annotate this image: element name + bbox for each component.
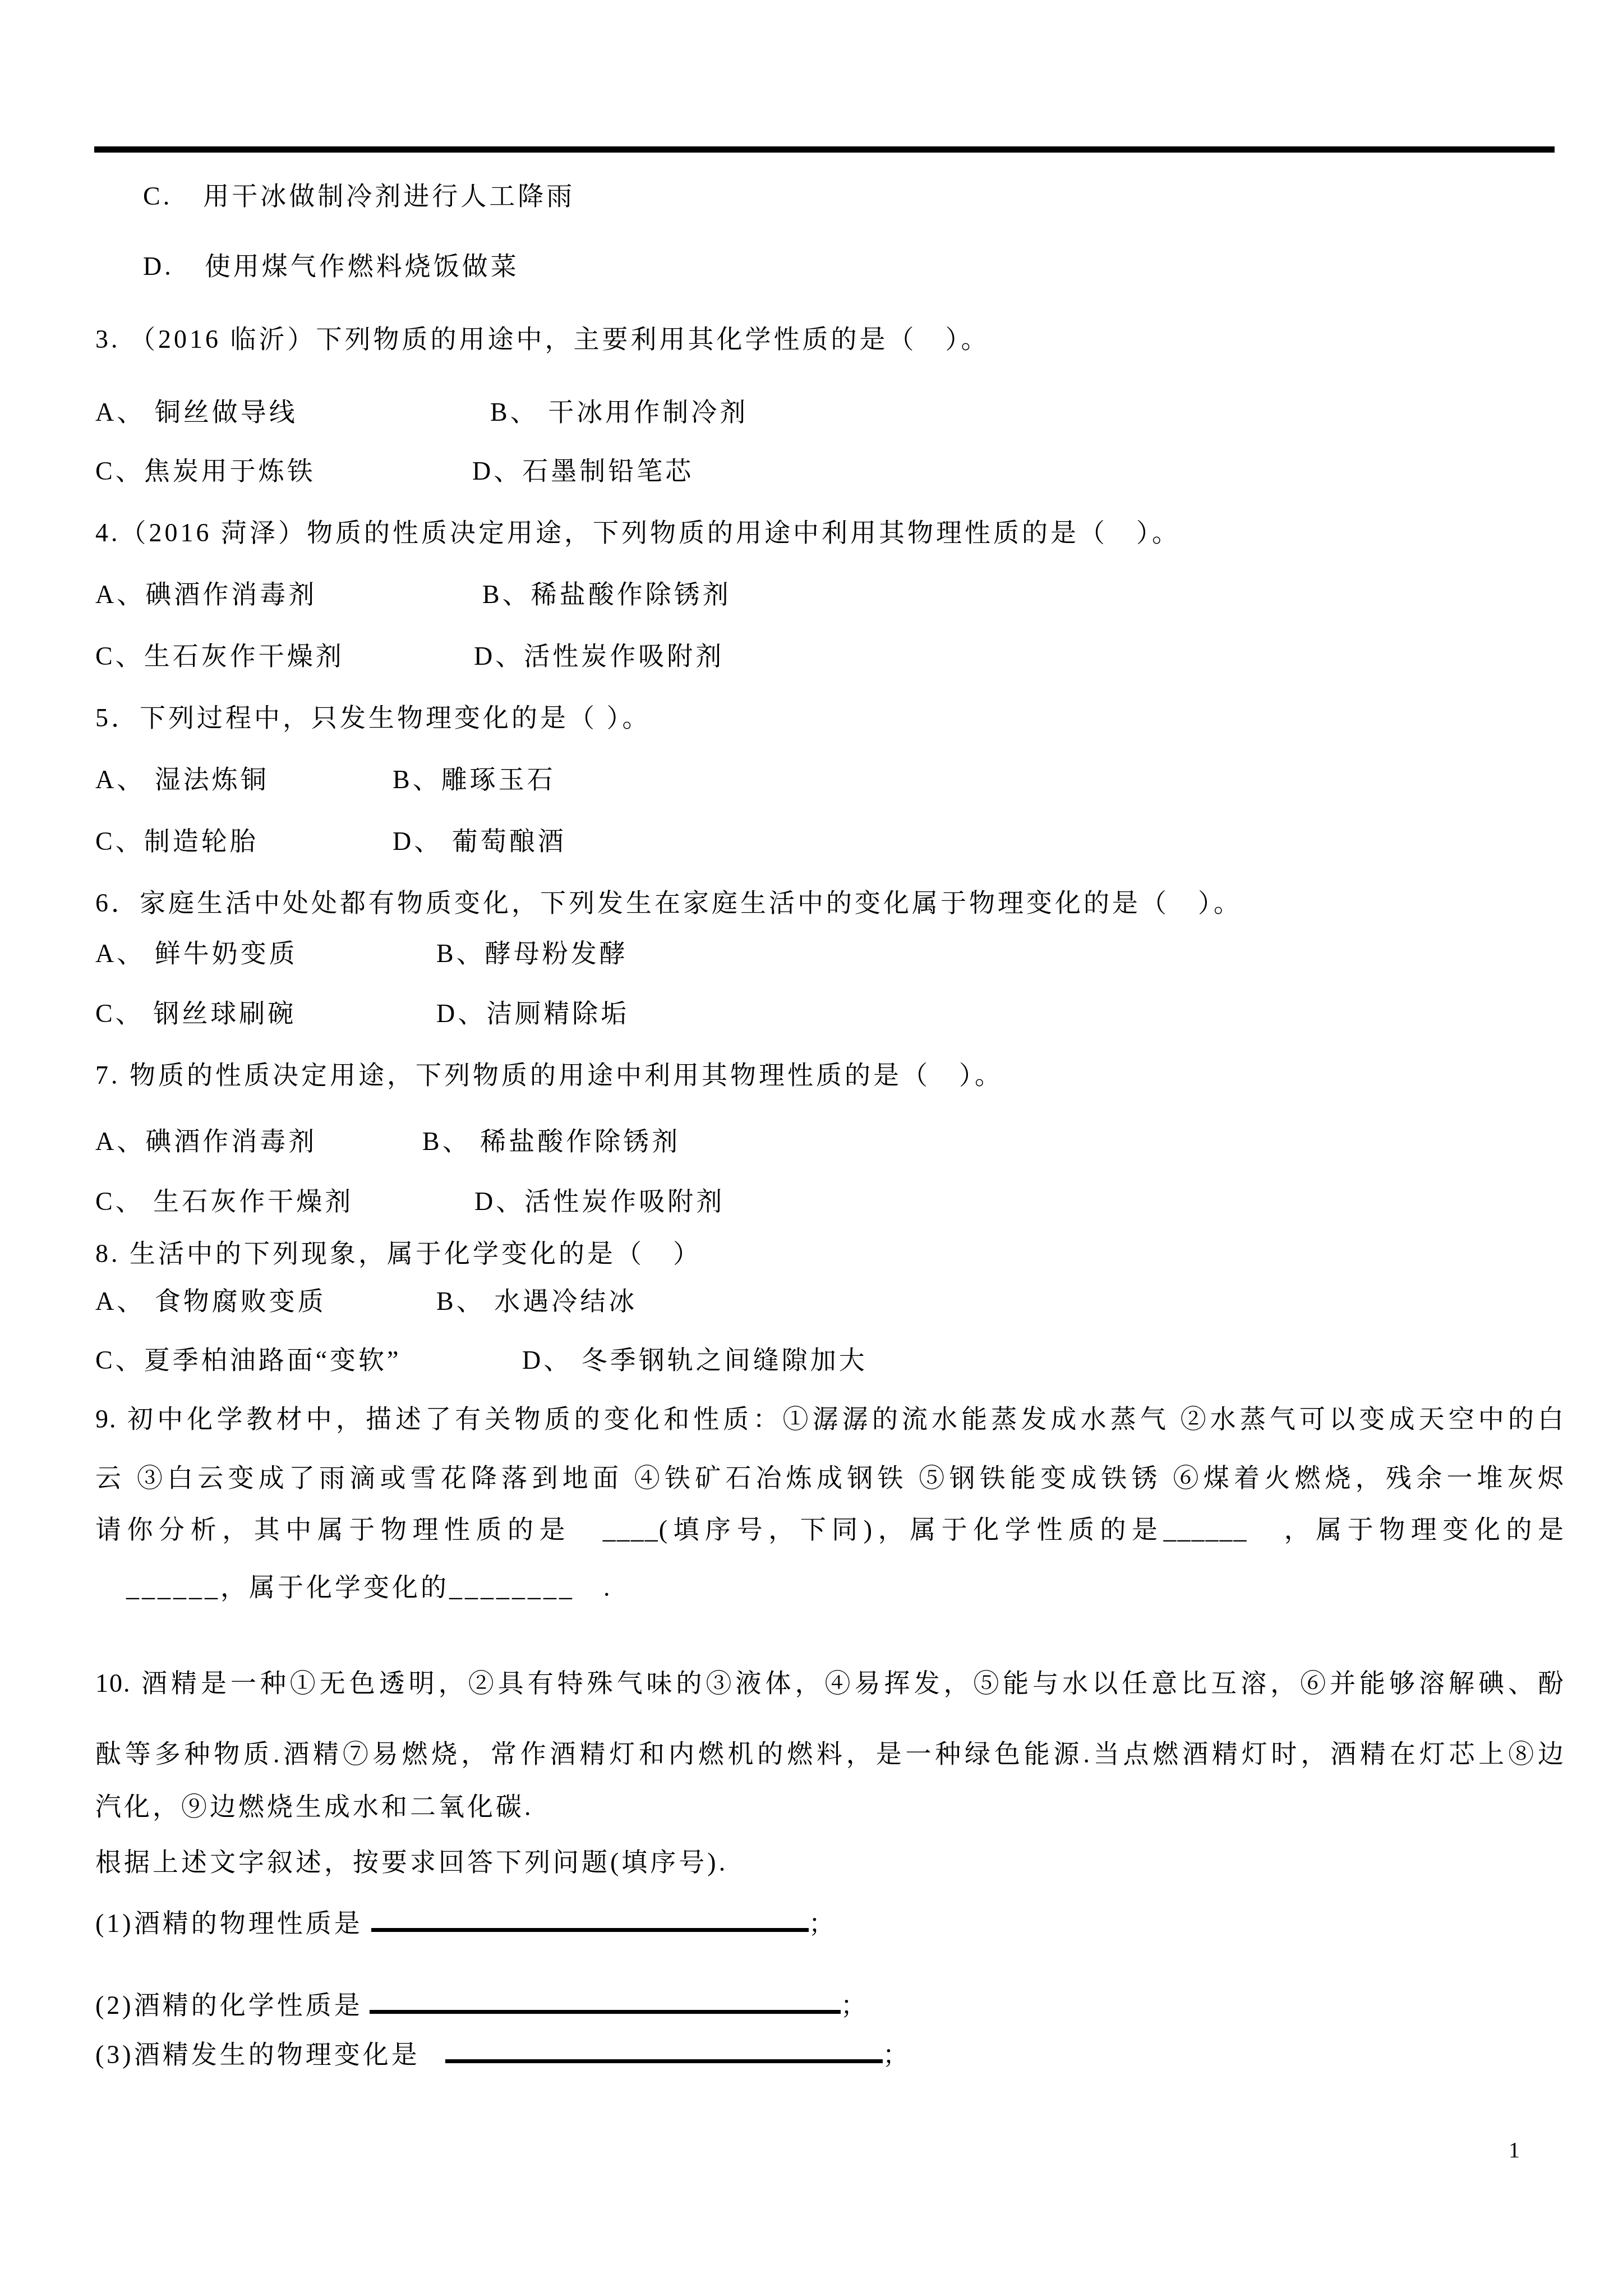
question-2-option-c: C.用干冰做制冷剂进行人工降雨: [143, 181, 575, 212]
question-3-option-d: D、石墨制铅笔芯: [472, 455, 694, 487]
document-page: C.用干冰做制冷剂进行人工降雨 D.使用煤气作燃料烧饭做菜 3. （2016 临…: [0, 0, 1623, 2296]
question-10-line-3: 汽化，⑨边燃烧生成水和二氧化碳.: [95, 1791, 534, 1823]
question-3-option-c: C、焦炭用于炼铁: [95, 455, 316, 487]
option-text: 使用煤气作燃料烧饭做菜: [205, 252, 519, 280]
question-4-stem: 4.（2016 菏泽）物质的性质决定用途，下列物质的用途中利用其物理性质的是（ …: [95, 517, 1181, 549]
question-5-option-b: B、雕琢玉石: [393, 764, 556, 795]
question-3-stem: 3. （2016 临沂）下列物质的用途中，主要利用其化学性质的是（ ）。: [95, 324, 990, 355]
answer-blank: [370, 1984, 841, 2014]
sub-question-punct: ；: [809, 1909, 837, 1938]
option-letter: C.: [143, 182, 172, 210]
question-7-option-d: D、活性炭作吸附剂: [474, 1186, 725, 1217]
question-10-instruction: 根据上述文字叙述，按要求回答下列问题(填序号).: [95, 1847, 728, 1878]
question-10-line-2: 酞等多种物质.酒精⑦易燃烧，常作酒精灯和内燃机的燃料，是一种绿色能源.当点燃酒精…: [95, 1738, 1565, 1770]
question-9-line-3: 请你分析，其中属于物理性质的是 ____(填序号，下同)，属于化学性质的是___…: [95, 1514, 1565, 1545]
header-rule: [94, 146, 1555, 153]
question-8-option-b: B、 水遇冷结冰: [436, 1286, 637, 1317]
question-7-stem: 7. 物质的性质决定用途，下列物质的用途中利用其物理性质的是（ ）。: [95, 1060, 1003, 1091]
option-letter: D.: [143, 252, 174, 280]
question-8-option-d: D、 冬季钢轨之间缝隙加大: [522, 1345, 868, 1376]
question-5-stem: 5．下列过程中，只发生物理变化的是（ ）。: [95, 702, 651, 734]
question-6-option-b: B、酵母粉发酵: [436, 938, 628, 969]
sub-question-label: (3)酒精发生的物理变化是: [95, 2040, 420, 2069]
sub-question-punct: ；: [841, 1991, 869, 2019]
question-8-stem: 8. 生活中的下列现象，属于化学变化的是（ ）: [95, 1238, 702, 1269]
question-7-option-c: C、 生石灰作干燥剂: [95, 1186, 353, 1217]
question-3-option-b: B、 干冰用作制冷剂: [490, 397, 748, 428]
sub-question-label: (2)酒精的化学性质是: [95, 1991, 363, 2019]
question-6-option-d: D、洁厕精除垢: [436, 998, 629, 1029]
question-5-option-d: D、 葡萄酿酒: [393, 826, 566, 857]
answer-blank: [445, 2033, 883, 2063]
question-6-option-a: A、 鲜牛奶变质: [95, 938, 298, 969]
page-number: 1: [1509, 2134, 1520, 2166]
sub-question-label: (1)酒精的物理性质是: [95, 1909, 363, 1938]
option-text: 用干冰做制冷剂进行人工降雨: [203, 182, 575, 210]
answer-blank: [371, 1902, 809, 1932]
question-10-sub-3: (3)酒精发生的物理变化是；: [95, 2033, 911, 2070]
question-6-stem: 6．家庭生活中处处都有物质变化，下列发生在家庭生活中的变化属于物理变化的是（ ）…: [95, 887, 1242, 919]
question-10-sub-1: (1)酒精的物理性质是；: [95, 1902, 837, 1939]
question-10-line-1: 10. 酒精是一种①无色透明，②具有特殊气味的③液体，④易挥发，⑤能与水以任意比…: [95, 1668, 1565, 1699]
question-10-sub-2: (2)酒精的化学性质是；: [95, 1984, 869, 2021]
question-5-option-a: A、 湿法炼铜: [95, 764, 269, 795]
question-4-option-c: C、生石灰作干燥剂: [95, 641, 344, 672]
question-2-option-d: D.使用煤气作燃料烧饭做菜: [143, 251, 519, 282]
question-9-line-2: 云 ③白云变成了雨滴或雪花降落到地面 ④铁矿石冶炼成钢铁 ⑤钢铁能变成铁锈 ⑥煤…: [95, 1462, 1565, 1494]
question-5-option-c: C、制造轮胎: [95, 826, 259, 857]
question-4-option-b: B、稀盐酸作除锈剂: [482, 579, 731, 610]
question-7-option-a: A、碘酒作消毒剂: [95, 1126, 317, 1157]
question-3-option-a: A、 铜丝做导线: [95, 397, 298, 428]
question-8-option-c: C、夏季柏油路面“变软”: [95, 1345, 402, 1376]
question-9-line-1: 9. 初中化学教材中，描述了有关物质的变化和性质：①潺潺的流水能蒸发成水蒸气 ②…: [95, 1404, 1565, 1435]
question-8-option-a: A、 食物腐败变质: [95, 1286, 326, 1317]
question-4-option-d: D、活性炭作吸附剂: [474, 641, 724, 672]
question-9-line-4: ______，属于化学变化的________ .: [126, 1572, 613, 1603]
sub-question-punct: ；: [883, 2040, 911, 2069]
question-4-option-a: A、碘酒作消毒剂: [95, 579, 317, 610]
question-7-option-b: B、 稀盐酸作除锈剂: [422, 1126, 680, 1157]
question-6-option-c: C、 钢丝球刷碗: [95, 998, 296, 1029]
